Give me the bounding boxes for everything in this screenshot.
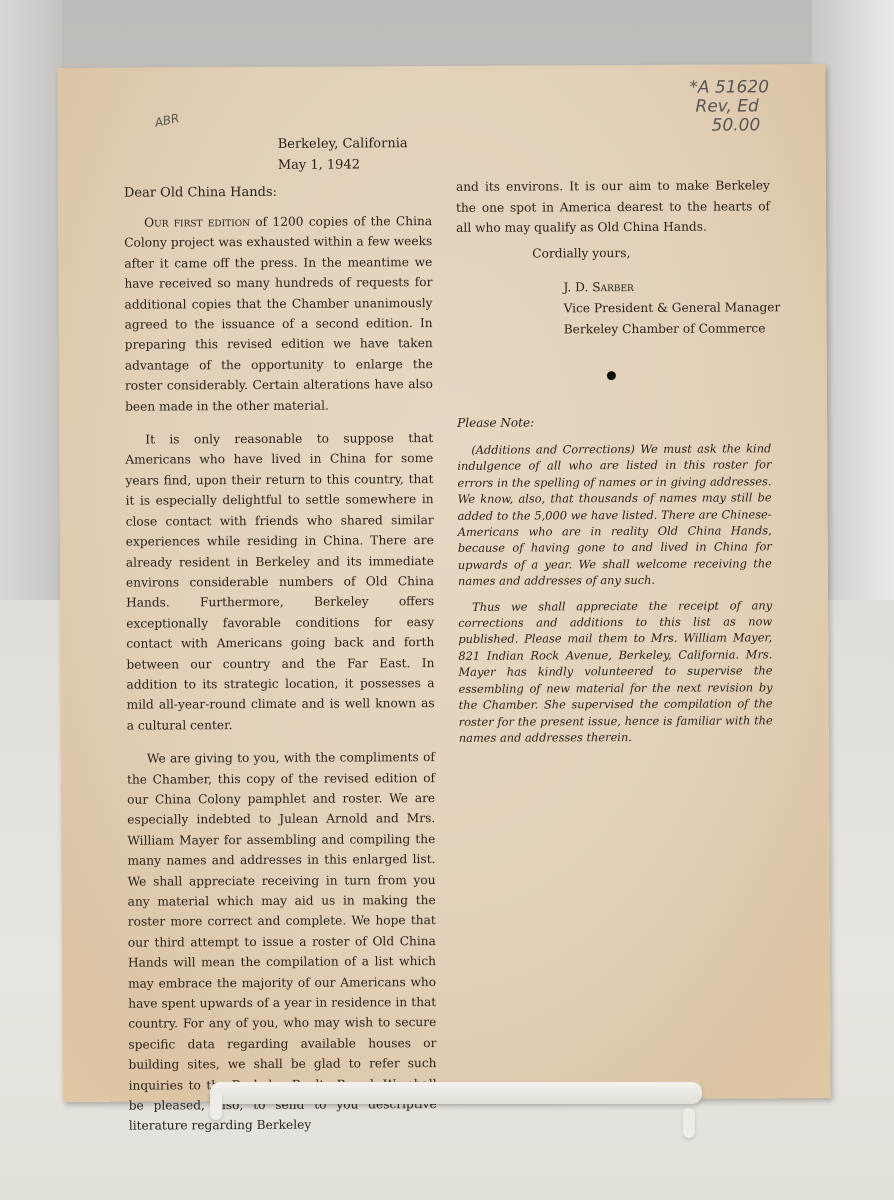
- handwritten-initials: ABR: [153, 111, 180, 130]
- paragraph-2: It is only reasonable to suppose that Am…: [125, 428, 435, 736]
- note-body: (Additions and Corrections) We must ask …: [457, 440, 773, 755]
- handwritten-line: Rev, Ed: [689, 97, 769, 116]
- note-heading: Please Note:: [457, 416, 534, 430]
- signer-title: Vice President & General Manager: [564, 297, 781, 319]
- letter-page: ABR *A 51620 Rev, Ed 50.00 Berkeley, Cal…: [57, 64, 830, 1102]
- letter-place: Berkeley, California: [278, 133, 408, 155]
- display-stand-leg-right: [683, 1108, 695, 1138]
- letter-body-right-column: and its environs. It is our aim to make …: [456, 175, 770, 238]
- letter-closing: Cordially yours,: [532, 246, 630, 261]
- signer-name: J. D. Sarber: [563, 276, 780, 298]
- handwritten-line: *A 51620: [689, 78, 769, 97]
- display-stand-leg-left: [210, 1090, 222, 1120]
- letter-header: Berkeley, California May 1, 1942: [278, 133, 408, 176]
- letter-body-left-column: Our first edition of 1200 copies of the …: [124, 211, 437, 1149]
- letter-date: May 1, 1942: [278, 154, 408, 176]
- background-wall-left: [0, 0, 62, 620]
- note-paragraph-1: (Additions and Corrections) We must ask …: [457, 440, 772, 589]
- paragraph-3-continued: and its environs. It is our aim to make …: [456, 175, 770, 238]
- letter-greeting: Dear Old China Hands:: [124, 185, 277, 201]
- paragraph-3: We are giving to you, with the complimen…: [127, 747, 437, 1136]
- paragraph-1-text: of 1200 copies of the China Colony proje…: [124, 214, 433, 413]
- display-stand: [210, 1082, 702, 1104]
- note-paragraph-2: Thus we shall appreciate the receipt of …: [458, 597, 773, 746]
- handwritten-inventory-note: *A 51620 Rev, Ed 50.00: [689, 78, 769, 135]
- bullet-ornament-icon: [607, 371, 616, 380]
- paragraph-1-lead: Our first edition: [144, 215, 250, 230]
- handwritten-line: 50.00: [690, 116, 770, 135]
- paragraph-1: Our first edition of 1200 copies of the …: [124, 211, 433, 417]
- signature-block: J. D. Sarber Vice President & General Ma…: [563, 276, 780, 340]
- signer-organization: Berkeley Chamber of Commerce: [564, 318, 781, 340]
